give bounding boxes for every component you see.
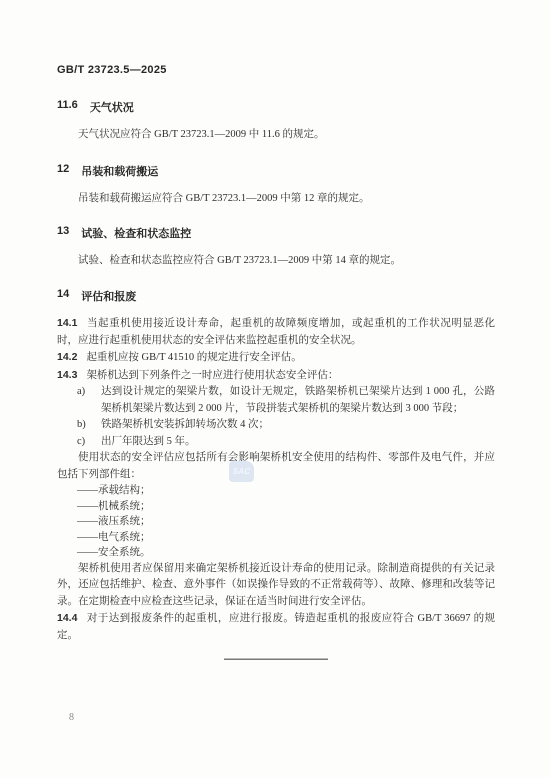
section-title: 评估和报废	[81, 288, 136, 304]
clause-number: 14.4	[57, 612, 77, 624]
section-body-11-6: 天气状况应符合 GB/T 23723.1—2009 中 11.6 的规定。	[57, 127, 495, 143]
clause-14-3: 14.3架桥机达到下列条件之一时应进行使用状态安全评估：	[57, 367, 495, 385]
list-label: b)	[77, 417, 101, 434]
dash-list-item: ——电气系统；	[57, 530, 495, 546]
clause-14-2: 14.2起重机应按 GB/T 41510 的规定进行安全评估。	[57, 349, 495, 367]
section-number: 13	[57, 225, 69, 241]
clause-14-4: 14.4对于达到报废条件的起重机，应进行报废。铸造起重机的报废应符合 GB/T …	[57, 610, 495, 644]
list-text: 出厂年限达到 5 年。	[101, 434, 495, 451]
clause-number: 14.3	[57, 369, 77, 381]
section-heading-13: 13 试验、检查和状态监控	[57, 225, 495, 241]
section-title: 天气状况	[90, 99, 134, 115]
sac-watermark-badge: SAC	[229, 461, 254, 482]
clause-14-1: 14.1当起重机使用接近设计寿命，起重机的故障频度增加，或起重机的工作状况明显恶…	[57, 315, 495, 349]
list-text: 铁路架桥机安装拆卸转场次数 4 次；	[101, 417, 495, 434]
list-item-a: a) 达到设计规定的架梁片数，如设计无规定，铁路架桥机已架梁片达到 1 000 …	[57, 384, 495, 417]
section-heading-12: 12 吊装和载荷搬运	[57, 163, 495, 179]
list-label: c)	[77, 434, 101, 451]
section-heading-14: 14 评估和报废	[57, 288, 495, 304]
dash-list-item: ——液压系统；	[57, 514, 495, 530]
section-body-12: 吊装和载荷搬运应符合 GB/T 23723.1—2009 中第 12 章的规定。	[57, 191, 495, 207]
section-heading-11-6: 11.6 天气状况	[57, 99, 495, 115]
page-content: GB/T 23723.5—2025 11.6 天气状况 天气状况应符合 GB/T…	[57, 64, 495, 660]
section-number: 14	[57, 288, 69, 304]
dash-list-item: ——机械系统；	[57, 499, 495, 515]
list-label: a)	[77, 384, 101, 417]
section-title: 吊装和载荷搬运	[81, 163, 158, 179]
dash-list-item: ——承载结构；	[57, 483, 495, 499]
dash-list-item: ——安全系统。	[57, 545, 495, 561]
clause-text: 当起重机使用接近设计寿命，起重机的故障频度增加，或起重机的工作状况明显恶化时，应…	[57, 318, 495, 346]
records-paragraph: 架桥机使用者应保留用来确定架桥机接近设计寿命的使用记录。除制造商提供的有关记录外…	[57, 561, 495, 611]
list-text: 达到设计规定的架梁片数，如设计无规定，铁路架桥机已架梁片达到 1 000 孔，公…	[101, 384, 495, 417]
section-number: 12	[57, 163, 69, 179]
section-number: 11.6	[57, 99, 78, 115]
document-code: GB/T 23723.5—2025	[57, 64, 495, 76]
assessment-intro-paragraph: 使用状态的安全评估应包括所有会影响架桥机安全使用的结构件、零部件及电气件，并应包…	[57, 450, 495, 483]
list-item-c: c) 出厂年限达到 5 年。	[57, 434, 495, 451]
end-of-text-divider	[224, 658, 328, 660]
clause-text: 对于达到报废条件的起重机，应进行报废。铸造起重机的报废应符合 GB/T 3669…	[57, 613, 495, 641]
section-title: 试验、检查和状态监控	[81, 225, 191, 241]
clause-text: 架桥机达到下列条件之一时应进行使用状态安全评估：	[86, 370, 338, 381]
page-number: 8	[69, 712, 74, 723]
list-item-b: b) 铁路架桥机安装拆卸转场次数 4 次；	[57, 417, 495, 434]
document-page: GB/T 23723.5—2025 11.6 天气状况 天气状况应符合 GB/T…	[0, 0, 550, 778]
section-body-13: 试验、检查和状态监控应符合 GB/T 23723.1—2009 中第 14 章的…	[57, 253, 495, 269]
clause-number: 14.1	[57, 317, 77, 329]
clause-text: 起重机应按 GB/T 41510 的规定进行安全评估。	[86, 352, 301, 363]
clause-number: 14.2	[57, 351, 77, 363]
